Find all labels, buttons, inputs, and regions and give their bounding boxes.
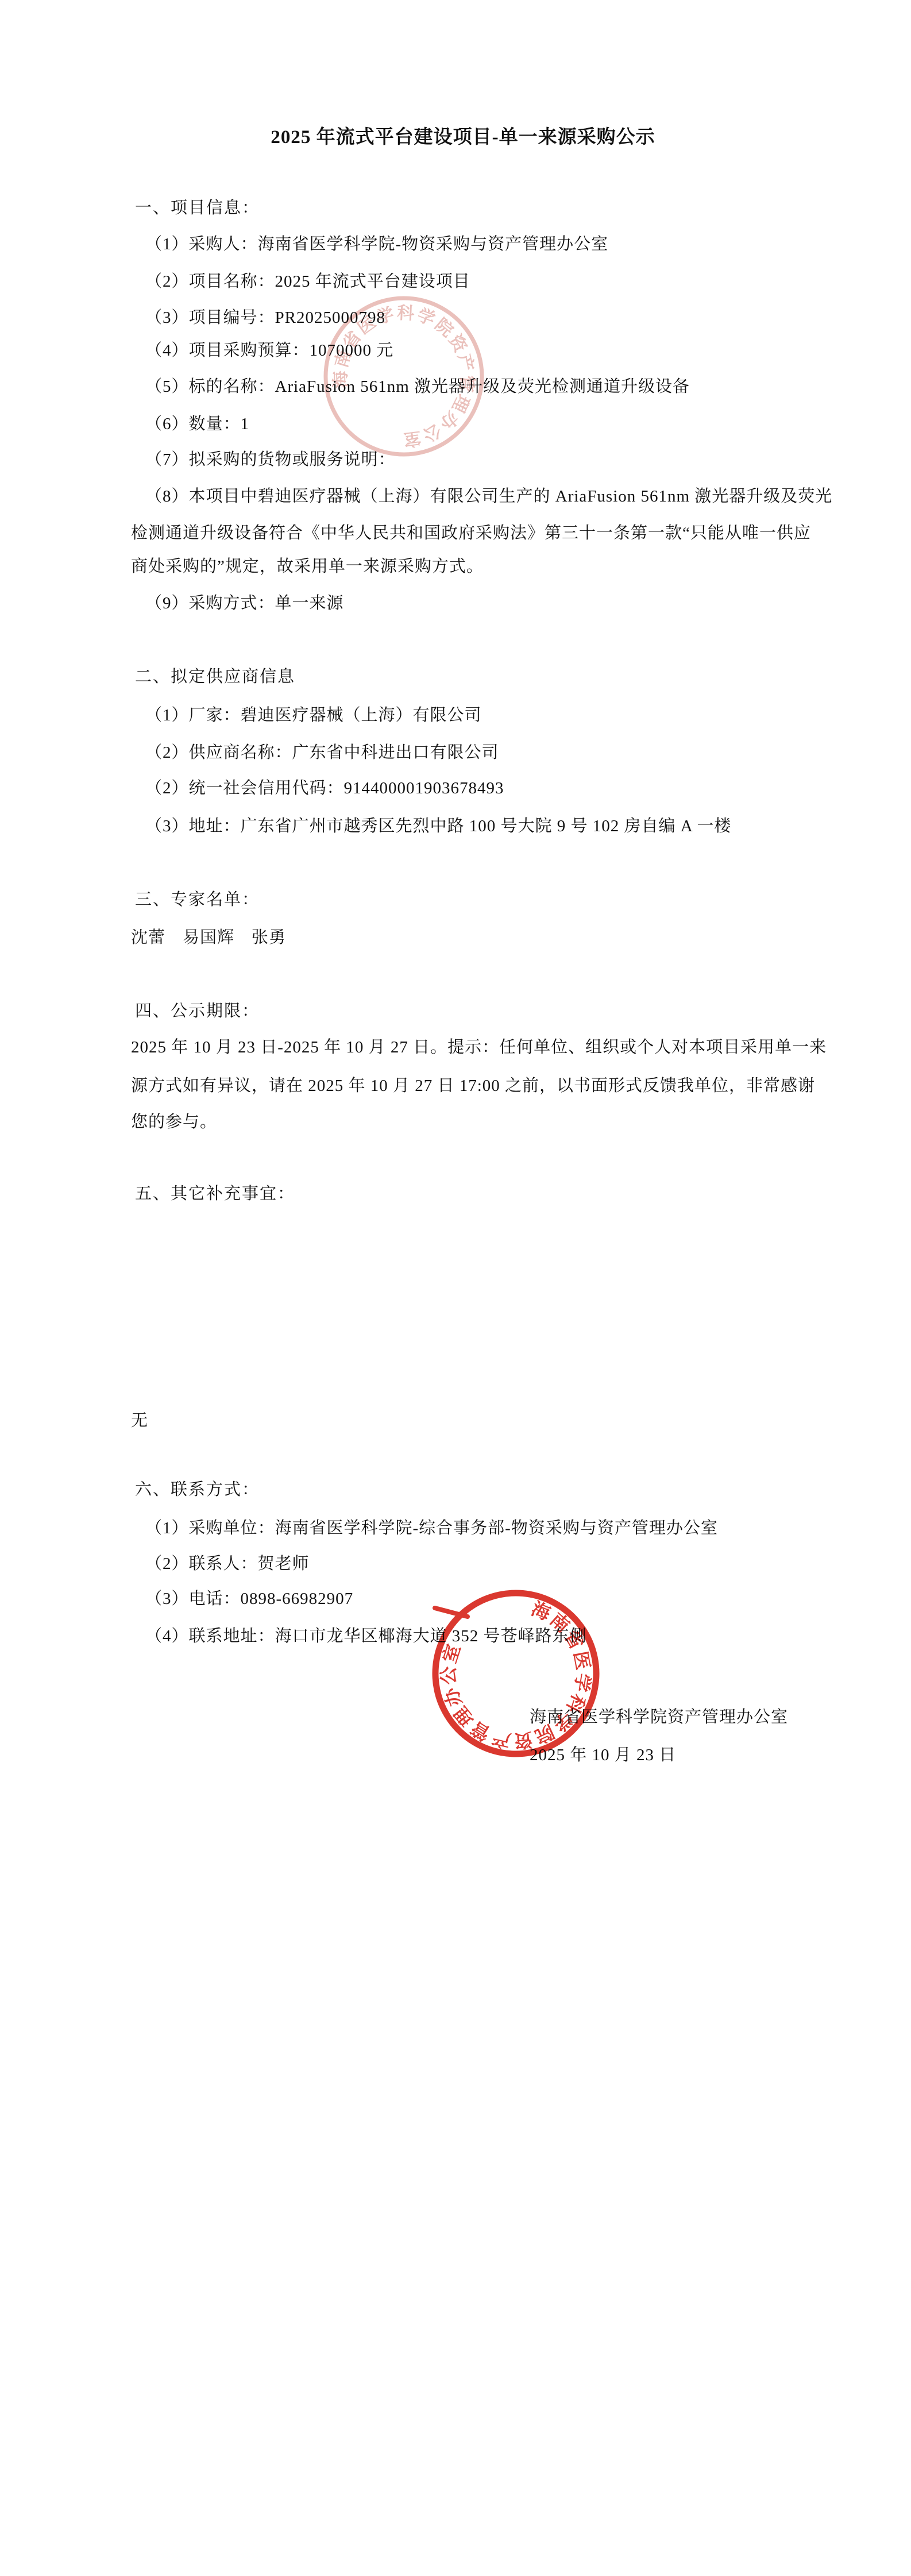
doc-line: （2）统一社会信用代码：914400001903678493 xyxy=(145,777,504,800)
doc-line: 2025 年 10 月 23 日-2025 年 10 月 27 日。提示：任何单… xyxy=(131,1036,827,1059)
signature-date: 2025 年 10 月 23 日 xyxy=(530,1742,676,1765)
doc-line: （6）数量：1 xyxy=(145,412,249,435)
doc-line: （9）采购方式：单一来源 xyxy=(145,592,344,615)
doc-line: （7）拟采购的货物或服务说明： xyxy=(145,448,396,471)
section-heading: 五、其它补充事宜： xyxy=(135,1182,295,1205)
svg-text:海南省医学科学院资产管理办公室: 海南省医学科学院资产管理办公室 xyxy=(426,1584,605,1763)
section-heading: 六、联系方式： xyxy=(135,1478,260,1501)
page-title: 2025 年流式平台建设项目-单一来源采购公示 xyxy=(271,122,655,149)
doc-line: （2）联系人：贺老师 xyxy=(145,1552,310,1575)
doc-line: 无 xyxy=(131,1409,148,1432)
doc-line: 沈蕾 易国辉 张勇 xyxy=(131,926,286,949)
doc-line: （1）采购人：海南省医学科学院-物资采购与资产管理办公室 xyxy=(145,233,608,256)
doc-line: （8）本项目中碧迪医疗器械（上海）有限公司生产的 AriaFusion 561n… xyxy=(145,485,832,508)
doc-line: （4）联系地址：海口市龙华区椰海大道 352 号苍峄路东侧 xyxy=(145,1625,587,1648)
doc-line: 检测通道升级设备符合《中华人民共和国政府采购法》第三十一条第一款“只能从唯一供应 xyxy=(131,522,811,545)
seal-text-bottom: 海南省医学科学院资产管理办公室 xyxy=(426,1584,605,1763)
doc-line: （4）项目采购预算：1070000 元 xyxy=(145,339,393,362)
red-seal-stamp-bottom-icon: 海南省医学科学院资产管理办公室 xyxy=(426,1584,605,1763)
seal-ink-smudge xyxy=(435,1608,468,1617)
section-heading: 四、公示期限： xyxy=(135,1000,260,1023)
doc-line: 您的参与。 xyxy=(131,1110,217,1133)
doc-line: （3）电话：0898-66982907 xyxy=(145,1587,353,1610)
doc-line: （5）标的名称：AriaFusion 561nm 激光器升级及荧光检测通道升级设… xyxy=(145,375,690,398)
doc-line: （2）项目名称：2025 年流式平台建设项目 xyxy=(145,270,470,293)
seal-ring xyxy=(426,1584,605,1763)
doc-line: （2）供应商名称：广东省中科进出口有限公司 xyxy=(145,741,499,764)
section-heading: 一、项目信息： xyxy=(135,196,260,219)
signature-org: 海南省医学科学院资产管理办公室 xyxy=(530,1704,788,1727)
doc-line: 商处采购的”规定，故采用单一来源采购方式。 xyxy=(131,555,484,578)
document-page: 2025 年流式平台建设项目-单一来源采购公示 一、项目信息：（1）采购人：海南… xyxy=(0,0,911,2576)
doc-line: （1）采购单位：海南省医学科学院-综合事务部-物资采购与资产管理办公室 xyxy=(145,1517,718,1540)
doc-line: （3）项目编号：PR2025000798 xyxy=(145,306,385,329)
section-heading: 三、专家名单： xyxy=(135,888,260,911)
doc-line: （1）厂家：碧迪医疗器械（上海）有限公司 xyxy=(145,704,482,727)
doc-line: （3）地址：广东省广州市越秀区先烈中路 100 号大院 9 号 102 房自编 … xyxy=(145,815,731,838)
section-heading: 二、拟定供应商信息 xyxy=(135,665,295,688)
doc-line: 源方式如有异议，请在 2025 年 10 月 27 日 17:00 之前，以书面… xyxy=(131,1074,815,1097)
